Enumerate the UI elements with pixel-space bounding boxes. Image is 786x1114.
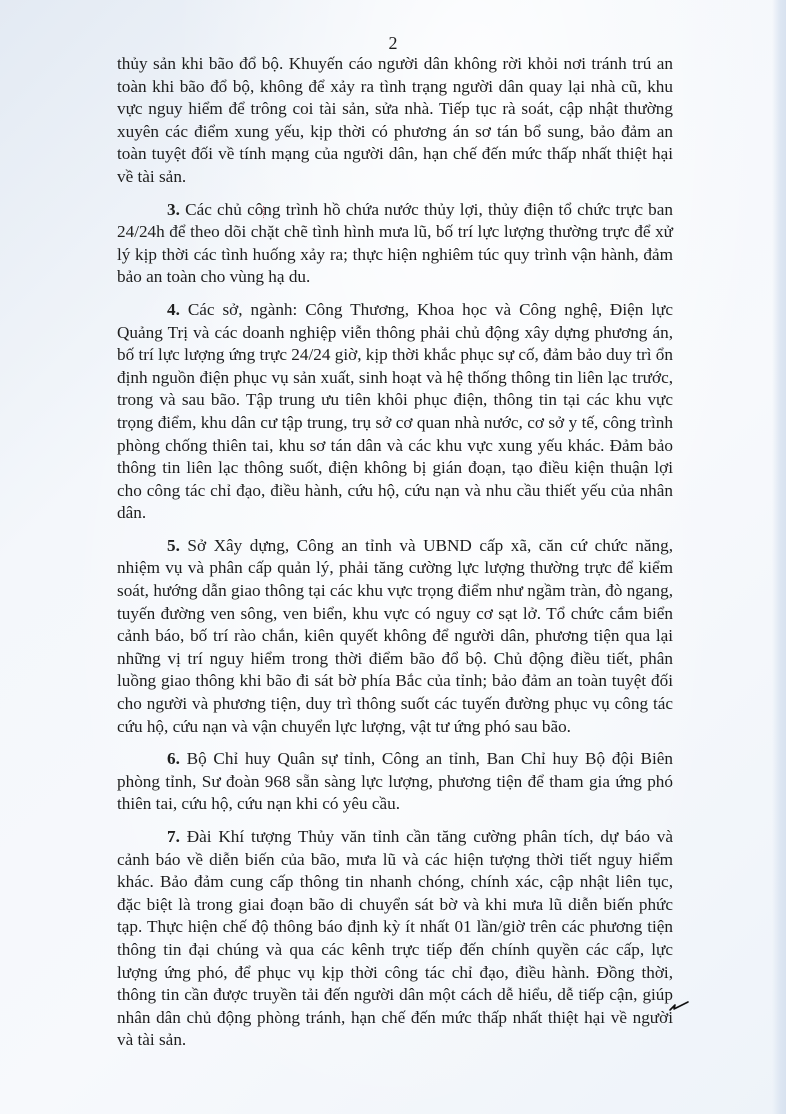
paragraph-item-5: 5. Sở Xây dựng, Công an tỉnh và UBND cấp…	[117, 535, 673, 738]
page-number: 2	[0, 33, 786, 54]
paragraph-item-6: 6. Bộ Chỉ huy Quân sự tỉnh, Công an tỉnh…	[117, 748, 673, 816]
page-edge-shadow	[772, 0, 786, 1114]
paragraph-text: thủy sản khi bão đổ bộ. Khuyến cáo người…	[117, 54, 673, 186]
paragraph-text: Các chủ công trình hồ chứa nước thủy lợi…	[117, 200, 673, 287]
document-body: thủy sản khi bão đổ bộ. Khuyến cáo người…	[117, 53, 673, 1062]
paragraph-text: Các sở, ngành: Công Thương, Khoa học và …	[117, 300, 673, 522]
paragraph-item-4: 4. Các sở, ngành: Công Thương, Khoa học …	[117, 299, 673, 525]
scanned-page: 2 thủy sản khi bão đổ bộ. Khuyến cáo ngư…	[0, 0, 786, 1114]
item-number: 4.	[167, 300, 180, 319]
paragraph-text: Đài Khí tượng Thủy văn tỉnh cần tăng cườ…	[117, 827, 673, 1049]
item-number: 5.	[167, 536, 180, 555]
paragraph-text: Sở Xây dựng, Công an tỉnh và UBND cấp xã…	[117, 536, 673, 736]
handwritten-initial-icon	[668, 1000, 690, 1012]
paragraph-item-7: 7. Đài Khí tượng Thủy văn tỉnh cần tăng …	[117, 826, 673, 1052]
item-number: 6.	[167, 749, 180, 768]
paragraph-continuation: thủy sản khi bão đổ bộ. Khuyến cáo người…	[117, 53, 673, 189]
paragraph-item-3: 3. Các chủ công trình hồ chứa nước thủy …	[117, 199, 673, 289]
item-number: 3.	[167, 200, 180, 219]
item-number: 7.	[167, 827, 180, 846]
paragraph-text: Bộ Chỉ huy Quân sự tỉnh, Công an tỉnh, B…	[117, 749, 673, 813]
